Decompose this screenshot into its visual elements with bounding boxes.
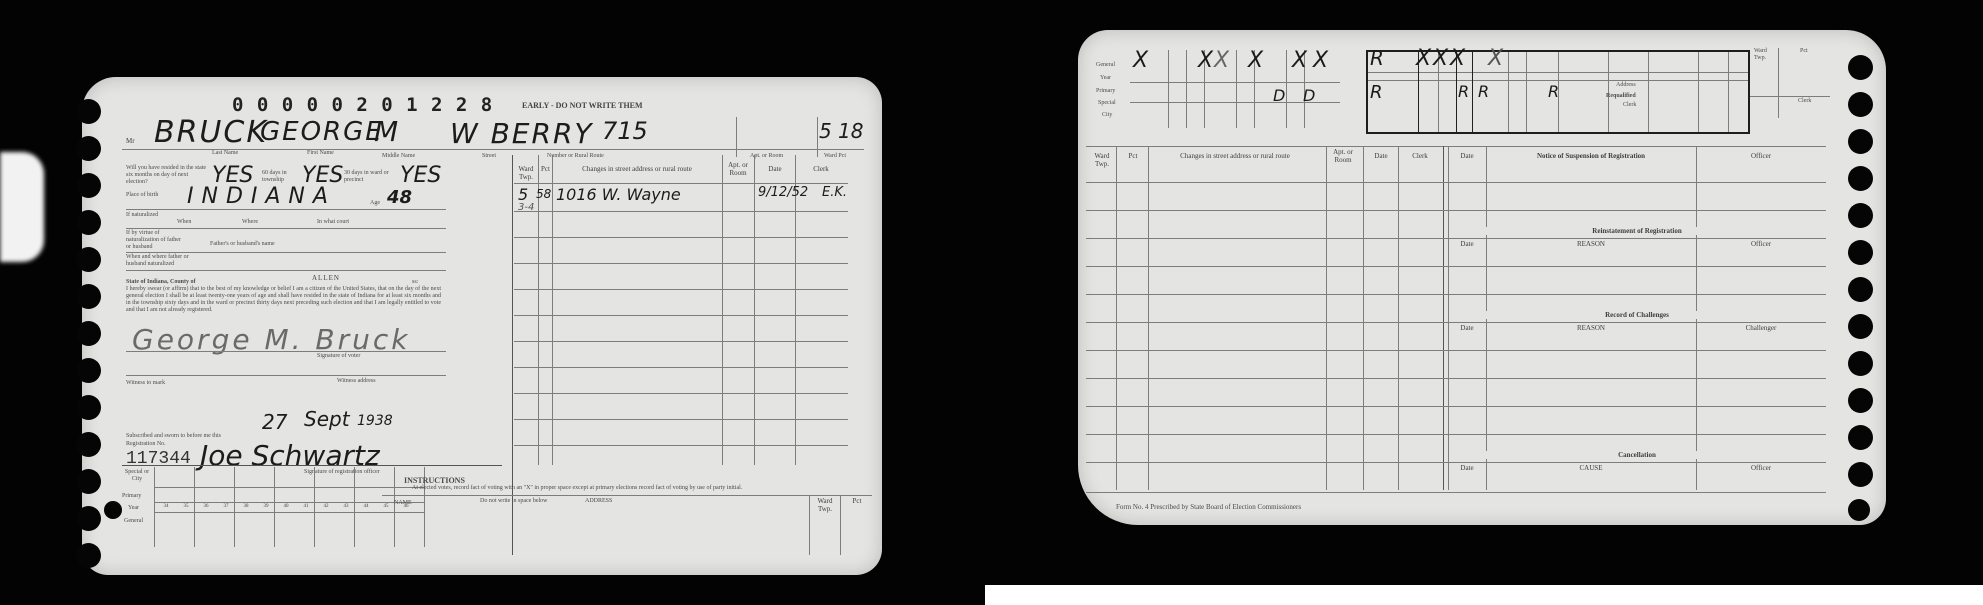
state-county-label: State of Indiana, County of (126, 279, 196, 286)
rule (126, 270, 446, 271)
street-value: W BERRY (450, 117, 594, 150)
last-name-label: Last Name (212, 150, 238, 157)
registration-number: 117344 (126, 449, 191, 469)
oath-text: I hereby swear (or affirm) that to the b… (126, 286, 441, 314)
grid-col (274, 467, 275, 547)
reinstatement-date-label: Date (1450, 240, 1484, 248)
punch-hole (76, 358, 101, 383)
row-line (514, 237, 848, 238)
suspension-title: Notice of Suspension of Registration (1488, 152, 1694, 160)
days-ward-answer: YES (400, 163, 441, 188)
header-address: Changes in street address or rural route (1150, 152, 1320, 160)
days-ward-label: 30 days in ward or precinct (344, 170, 404, 184)
year-cell: 34 (156, 504, 176, 509)
vote-mark-x: X (1488, 46, 1503, 71)
reinstatement-officer-label: Officer (1698, 240, 1824, 248)
grid-col (314, 467, 315, 547)
vote-mark-x: X (1248, 48, 1263, 73)
grid-col (394, 467, 395, 547)
vote-mark-r: R (1370, 46, 1384, 70)
rule (382, 495, 872, 496)
vote-mark-x: X (1292, 48, 1307, 73)
precinct-value: 18 (838, 119, 863, 143)
year-cell: 44 (356, 504, 376, 509)
punch-hole (1848, 92, 1873, 117)
vote-mark-primary: D (1273, 86, 1285, 105)
punch-hole (1848, 351, 1873, 376)
punch-hole (76, 210, 101, 235)
vote-mark-primary: D (1303, 86, 1315, 105)
punch-hole (76, 173, 101, 198)
row-line (1086, 294, 1826, 295)
header-date: Date (1366, 152, 1396, 160)
header-pct: Pct (539, 165, 552, 173)
vote-mark-x: X (1416, 46, 1431, 71)
clerk-label: Clerk (1798, 98, 1811, 105)
box-border (1366, 50, 1368, 134)
row1-date: 9/12/52 (758, 185, 808, 200)
vote-mark-x: X (1214, 48, 1229, 73)
grid-col (1648, 52, 1649, 132)
where-label: Where (242, 219, 258, 226)
place-of-birth-answer: INDIANA (187, 184, 336, 209)
challenges-reason-label: REASON (1488, 324, 1694, 332)
signature-officer-label: Signature of registration officer (304, 469, 380, 476)
clerk-sub-label: Clerk (1623, 102, 1636, 109)
punch-hole (1848, 166, 1873, 191)
days-township-label: 60 days in township (262, 170, 302, 184)
cancellation-title: Cancellation (1450, 451, 1824, 459)
row1-pct: 58 (536, 187, 551, 201)
year-cell: 38 (236, 504, 256, 509)
row-line (1086, 322, 1826, 323)
challenges-title: Record of Challenges (1450, 311, 1824, 319)
reinstatement-title: Reinstatement of Registration (1450, 227, 1824, 235)
pct-label: Pct (842, 497, 872, 505)
address-label: ADDRESS (585, 498, 612, 505)
requalified-label: Requalified (1606, 93, 1636, 100)
number-label: Number or Rural Route (547, 153, 604, 160)
header-date: Date (755, 165, 795, 173)
box-border (1366, 132, 1750, 134)
divider (817, 117, 818, 157)
rule (126, 351, 446, 352)
row-line (514, 315, 848, 316)
header-clerk: Clerk (796, 165, 846, 173)
divider (840, 495, 841, 555)
punch-hole (76, 247, 101, 272)
col-line (1363, 146, 1364, 490)
year-cell: 37 (216, 504, 236, 509)
col-line (1448, 146, 1449, 490)
ss-label: ss: (412, 279, 418, 286)
age-answer: 48 (387, 187, 412, 208)
punch-hole (76, 284, 101, 309)
punch-hole (76, 321, 101, 346)
punch-hole (1848, 425, 1873, 450)
divider (736, 117, 737, 157)
year-cell: 43 (336, 504, 356, 509)
instructions-title: INSTRUCTIONS (404, 477, 465, 484)
col-line (1443, 146, 1444, 490)
rule (126, 375, 446, 376)
header-note: EARLY - DO NOT WRITE THEM (522, 102, 643, 110)
punch-hole (76, 99, 101, 124)
ward-value: 5 (819, 119, 832, 143)
row-label-city: City (1102, 112, 1112, 119)
year-cell: 35 (176, 504, 196, 509)
ward-twp-label: Ward Twp. (1754, 48, 1778, 62)
challenges-date-label: Date (1450, 324, 1484, 332)
row-label-special: Special (1098, 100, 1116, 107)
row-line (1086, 378, 1826, 379)
punch-hole (76, 136, 101, 161)
grid-col (1728, 52, 1729, 132)
vote-mark-x: X (1433, 46, 1448, 71)
divider (1778, 48, 1779, 118)
punch-hole (1848, 240, 1873, 265)
header-ward: Ward Twp. (1088, 152, 1116, 168)
name-label: NAME (394, 500, 412, 507)
punch-hole (76, 432, 101, 457)
rule (126, 252, 446, 253)
officer-signature: Joe Schwartz (200, 439, 380, 472)
cancellation-date-label: Date (1450, 464, 1484, 472)
punch-hole (76, 543, 101, 568)
viewer-bottom-bar (985, 585, 1983, 605)
row-line (1086, 406, 1826, 407)
header-apt: Apt. or Room (723, 161, 753, 177)
middle-name-value: M (374, 115, 398, 148)
header-clerk: Clerk (1400, 152, 1440, 160)
row-line (514, 211, 848, 212)
header-ward: Ward Twp. (514, 165, 538, 181)
punch-hole (76, 506, 101, 531)
row-label-general: General (124, 518, 143, 525)
row-line (1086, 350, 1826, 351)
table-top (1086, 146, 1826, 147)
punch-hole (76, 469, 101, 494)
vote-mark-x: X (1133, 48, 1148, 73)
last-name-value: BRUCK (154, 115, 268, 150)
row-line (514, 367, 848, 368)
rule (1750, 96, 1830, 97)
row-label-general: General (1096, 62, 1115, 69)
row-line (514, 419, 848, 420)
rule (126, 209, 446, 210)
place-of-birth-label: Place of birth (126, 192, 166, 199)
grid-top (122, 465, 502, 466)
vote-mark-r: R (1370, 82, 1383, 103)
resided-state-label: Will you have resided in the state six m… (126, 165, 208, 186)
year-cell: 40 (276, 504, 296, 509)
when-where-father-label: When and where father or husband natural… (126, 254, 206, 268)
address-label: Address (1616, 82, 1636, 89)
row1-address: 1016 W. Wayne (556, 185, 681, 204)
middle-name-label: Middle Name (382, 153, 415, 160)
grid-col (154, 467, 155, 547)
punch-hole (76, 395, 101, 420)
year-cell: 41 (296, 504, 316, 509)
row-line (1086, 492, 1826, 493)
row-label-primary: Primary (122, 493, 141, 500)
ward-pct-label: Ward Pct (824, 153, 846, 160)
punch-hole (1848, 203, 1873, 228)
instructions-text: At elected votes, record fact of voting … (412, 485, 752, 492)
street-label: Street (482, 153, 496, 160)
col-line (1398, 146, 1399, 490)
year-cells: 34 35 36 37 38 39 40 41 42 43 44 45 46 (156, 504, 416, 509)
grid-col (1526, 52, 1527, 132)
cancellation-officer-label: Officer (1698, 464, 1824, 472)
grid-col (1236, 50, 1237, 128)
pct-label: Pct (1800, 48, 1808, 55)
scanner-tab-artifact (0, 152, 44, 262)
punch-hole (1848, 55, 1873, 80)
row-line (514, 183, 848, 184)
box-border (1748, 50, 1750, 134)
cancellation-cause-label: CAUSE (1488, 464, 1694, 472)
row-line (514, 263, 848, 264)
row1-clerk: E.K. (822, 185, 847, 200)
punch-hole (1848, 277, 1873, 302)
grid-col (1286, 50, 1287, 128)
vote-mark-x: X (1450, 46, 1465, 71)
rule (126, 228, 446, 229)
punch-hole (1848, 388, 1873, 413)
reinstatement-reason-label: REASON (1488, 240, 1694, 248)
punch-hole (1848, 499, 1870, 521)
vote-mark-x: X (1198, 48, 1213, 73)
grid-col (1168, 50, 1169, 128)
row-line (1086, 182, 1826, 183)
row-line (1086, 238, 1826, 239)
serial-number: 0 0 0 0 0 2 0 1 2 2 8 (232, 94, 493, 116)
col-line (1116, 146, 1117, 490)
registration-no-label: Registration No. (126, 441, 166, 448)
year-cell: 39 (256, 504, 276, 509)
year-cell: 45 (376, 504, 396, 509)
grid-col (1472, 52, 1473, 132)
prefix-label: Mr (126, 137, 135, 145)
row-line (514, 445, 848, 446)
grid-col (1508, 52, 1509, 132)
sworn-year: 1938 (357, 413, 393, 429)
house-number-value: 715 (602, 117, 648, 145)
registration-card-front: 0 0 0 0 0 2 0 1 2 2 8 EARLY - DO NOT WRI… (82, 77, 882, 575)
sworn-day: 27 (262, 410, 287, 434)
grid-col (1698, 52, 1699, 132)
col-line (1148, 146, 1149, 490)
grid-col (194, 467, 195, 547)
header-pct: Pct (1118, 152, 1148, 160)
sworn-month: Sept (304, 407, 350, 431)
grid-col (1186, 50, 1187, 128)
row-line (1086, 266, 1826, 267)
grid-line (1130, 82, 1340, 83)
grid-col (354, 467, 355, 547)
row-line (514, 289, 848, 290)
row-label-year: Year (128, 505, 139, 512)
suspension-date-label: Date (1450, 152, 1484, 160)
when-label: When (177, 219, 191, 226)
father-name-label: Father's or husband's name (210, 241, 275, 248)
age-label: Age (370, 200, 380, 207)
county-answer: ALLEN (312, 274, 340, 282)
witness-address-label: Witness address (337, 378, 376, 385)
row-line (514, 341, 848, 342)
punch-hole (1848, 129, 1873, 154)
row-line (514, 393, 848, 394)
suspension-officer-label: Officer (1698, 152, 1824, 160)
punch-hole (104, 501, 122, 519)
in-what-court-label: In what court (317, 219, 349, 226)
row-line (1086, 434, 1826, 435)
row-line (1086, 462, 1826, 463)
form-footer: Form No. 4 Prescribed by State Board of … (1116, 504, 1301, 511)
challenger-label: Challenger (1698, 324, 1824, 332)
by-virtue-label: If by virtue of naturalization of father… (126, 230, 186, 251)
punch-hole (1848, 462, 1873, 487)
ward-twp-label: Ward Twp. (810, 497, 840, 513)
vote-mark-r: R (1478, 82, 1489, 101)
vote-mark-r: R (1458, 82, 1469, 101)
first-name-value: GEORGE (260, 117, 384, 147)
vote-mark-x: X (1313, 48, 1328, 73)
year-cell: 42 (316, 504, 336, 509)
row-label-special: Special or City (122, 469, 152, 483)
row-label-primary: Primary (1096, 88, 1115, 95)
grid-col (234, 467, 235, 547)
do-not-write-label: Do not write in space below (480, 498, 547, 505)
signature-voter-label: Signature of voter (317, 353, 360, 360)
witness-mark-label: Witness to mark (126, 380, 165, 387)
grid-col (1608, 52, 1609, 132)
registration-card-back: General Year Primary Special City X X X … (1078, 30, 1886, 525)
vote-mark-r: R (1548, 82, 1559, 101)
punch-hole (1848, 314, 1873, 339)
col-line (1326, 146, 1327, 490)
header-apt: Apt. or Room (1328, 148, 1358, 164)
header-address: Changes in street address or rural route (554, 165, 720, 173)
row-line (1086, 210, 1826, 211)
year-cell: 36 (196, 504, 216, 509)
naturalized-label: If naturalized (126, 212, 176, 219)
first-name-label: First Name (307, 150, 334, 157)
row-label-year: Year (1100, 75, 1111, 82)
